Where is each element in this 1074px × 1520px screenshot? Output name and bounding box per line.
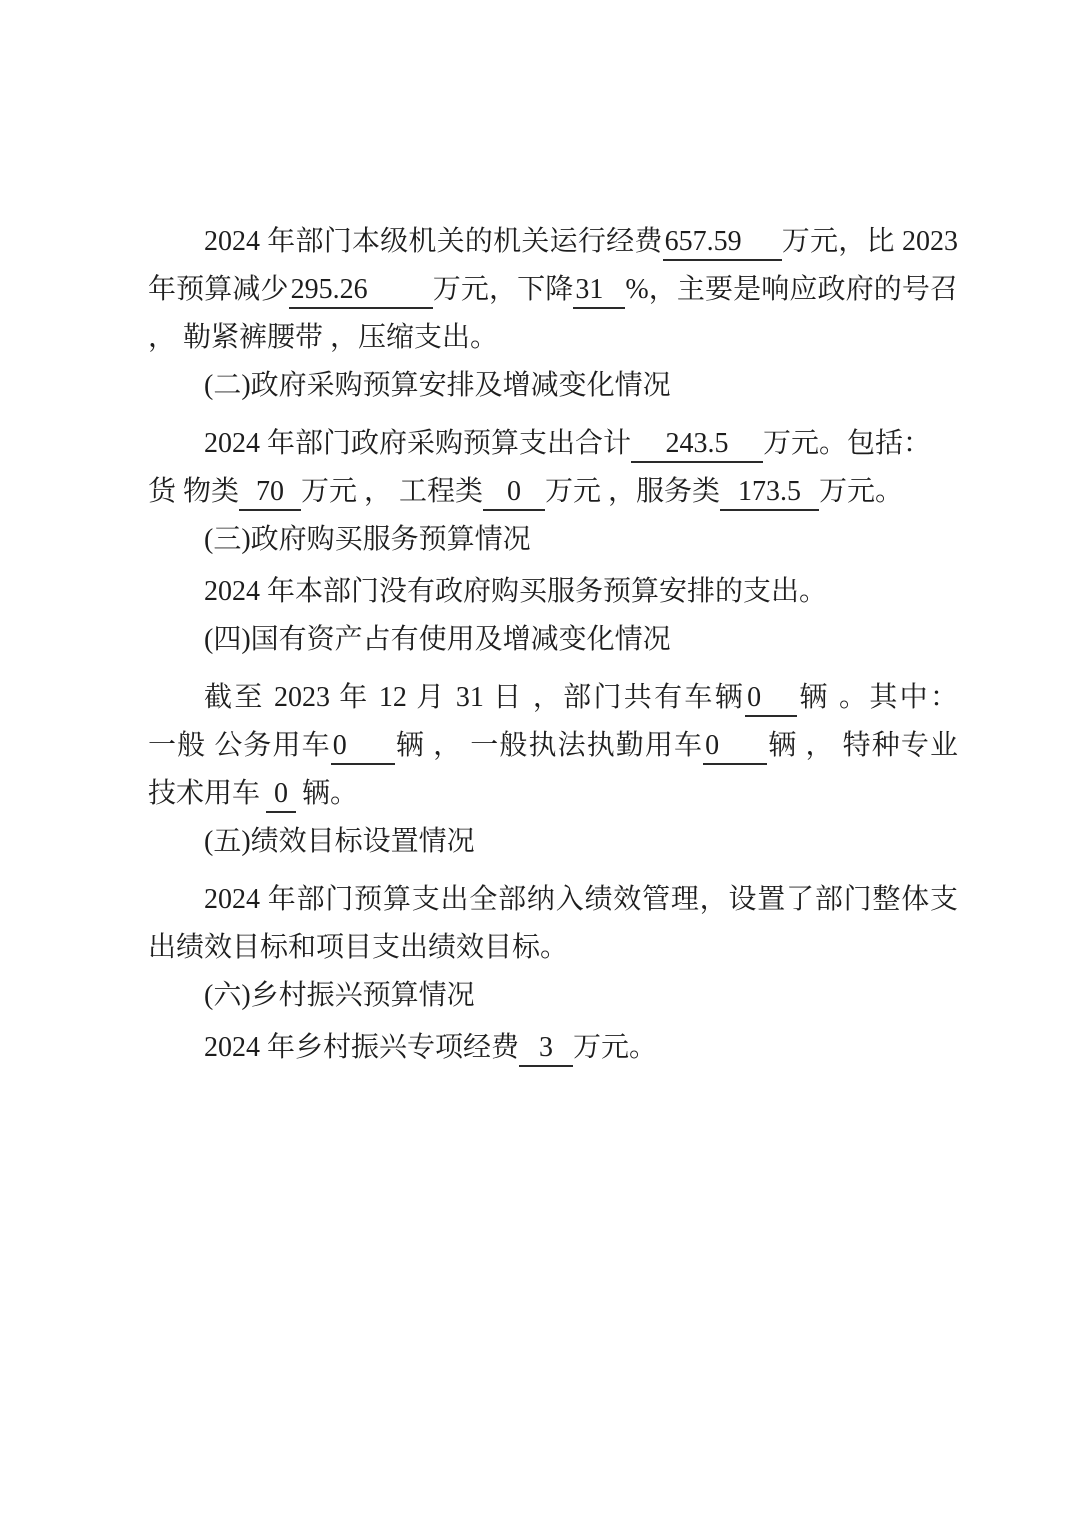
blank-decrease-percent: 31 [573, 273, 625, 309]
text-run: 截至 2023 年 12 月 31 日 ，部门共有车辆 [204, 682, 745, 713]
blank-official-vehicles: 0 [331, 729, 395, 765]
text-run: ， 勒紧裤腰带 ，压缩支出。 [148, 322, 498, 353]
line-vehicles-3: 技术用车0辆。 [148, 770, 958, 818]
heading-text: (四)国有资产占有使用及增减变化情况 [204, 624, 671, 655]
blank-rural-revitalization-amount: 3 [519, 1031, 573, 1067]
line-no-purchased-services: 2024 年本部门没有政府购买服务预算安排的支出。 [148, 568, 958, 616]
blank-total-vehicles: 0 [745, 681, 797, 717]
text-run: 技术用车 [148, 778, 260, 809]
blank-procurement-total: 243.5 [631, 427, 763, 463]
heading-section-4-state-assets: (四)国有资产占有使用及增减变化情况 [148, 616, 958, 664]
line-performance-1: 2024 年部门预算支出全部纳入绩效管理，设置了部门整体支 [148, 876, 958, 924]
heading-section-5-performance-targets: (五)绩效目标设置情况 [148, 818, 958, 866]
text-run: 出绩效目标和项目支出绩效目标。 [148, 932, 568, 963]
line-procurement-total: 2024 年部门政府采购预算支出合计243.5万元。包括： [148, 420, 958, 468]
line-rural-revitalization-fund: 2024 年乡村振兴专项经费3万元。 [148, 1024, 958, 1072]
line-performance-2: 出绩效目标和项目支出绩效目标。 [148, 924, 958, 972]
text-run: 货 物类 [148, 476, 239, 507]
line-operating-cost-2: 年预算减少295.26万元，下降31%，主要是响应政府的号召 [148, 266, 958, 314]
text-run: 2024 年本部门没有政府购买服务预算安排的支出。 [204, 576, 827, 607]
text-run: 2024 年部门本级机关的机关运行经费 [204, 226, 663, 257]
document-page: 2024 年部门本级机关的机关运行经费657.59万元，比 2023 年预算减少… [0, 0, 1074, 1520]
heading-section-3-purchased-services: (三)政府购买服务预算情况 [148, 516, 958, 564]
text-run: 一般 公务用车 [148, 730, 331, 761]
blank-special-technical-vehicles: 0 [266, 777, 296, 813]
text-run: 万元 ，服务类 [545, 476, 720, 507]
heading-section-2-procurement: (二)政府采购预算安排及增减变化情况 [148, 362, 958, 410]
blank-goods-amount: 70 [239, 475, 301, 511]
line-operating-cost-3: ， 勒紧裤腰带 ，压缩支出。 [148, 314, 958, 362]
text-run: 万元，下降 [433, 274, 574, 305]
document-body: 2024 年部门本级机关的机关运行经费657.59万元，比 2023 年预算减少… [148, 218, 958, 1072]
text-run: 辆 ， 一般执法执勤用车 [395, 730, 703, 761]
text-run: 2024 年部门政府采购预算支出合计 [204, 428, 631, 459]
text-run: 2024 年部门预算支出全部纳入绩效管理，设置了部门整体支 [204, 884, 958, 915]
text-run: 辆 ， 特种专业 [767, 730, 958, 761]
heading-text: (五)绩效目标设置情况 [204, 826, 475, 857]
line-procurement-breakdown: 货 物类70万元 ， 工程类0万元 ，服务类173.5万元。 [148, 468, 958, 516]
text-run: 万元。包括： [763, 428, 931, 459]
text-run: 万元。 [819, 476, 903, 507]
blank-operating-cost-amount: 657.59 [663, 225, 782, 261]
blank-engineering-amount: 0 [483, 475, 545, 511]
text-run: 万元。 [573, 1032, 657, 1063]
text-run: %，主要是响应政府的号召 [625, 274, 958, 305]
blank-decrease-amount: 295.26 [289, 273, 433, 309]
blank-services-amount: 173.5 [720, 475, 819, 511]
text-run: 辆 。其中： [797, 682, 958, 713]
heading-text: (三)政府购买服务预算情况 [204, 524, 531, 555]
heading-section-6-rural-revitalization: (六)乡村振兴预算情况 [148, 972, 958, 1020]
blank-law-enforcement-vehicles: 0 [703, 729, 767, 765]
text-run: 万元，比 2023 [782, 226, 958, 257]
text-run: 万元 ， 工程类 [301, 476, 483, 507]
line-operating-cost-1: 2024 年部门本级机关的机关运行经费657.59万元，比 2023 [148, 218, 958, 266]
heading-text: (二)政府采购预算安排及增减变化情况 [204, 370, 671, 401]
heading-text: (六)乡村振兴预算情况 [204, 980, 475, 1011]
text-run: 2024 年乡村振兴专项经费 [204, 1032, 519, 1063]
line-vehicles-1: 截至 2023 年 12 月 31 日 ，部门共有车辆0辆 。其中： [148, 674, 958, 722]
text-run: 辆。 [302, 778, 358, 809]
line-vehicles-2: 一般 公务用车0辆 ， 一般执法执勤用车0辆 ， 特种专业 [148, 722, 958, 770]
text-run: 年预算减少 [148, 274, 289, 305]
